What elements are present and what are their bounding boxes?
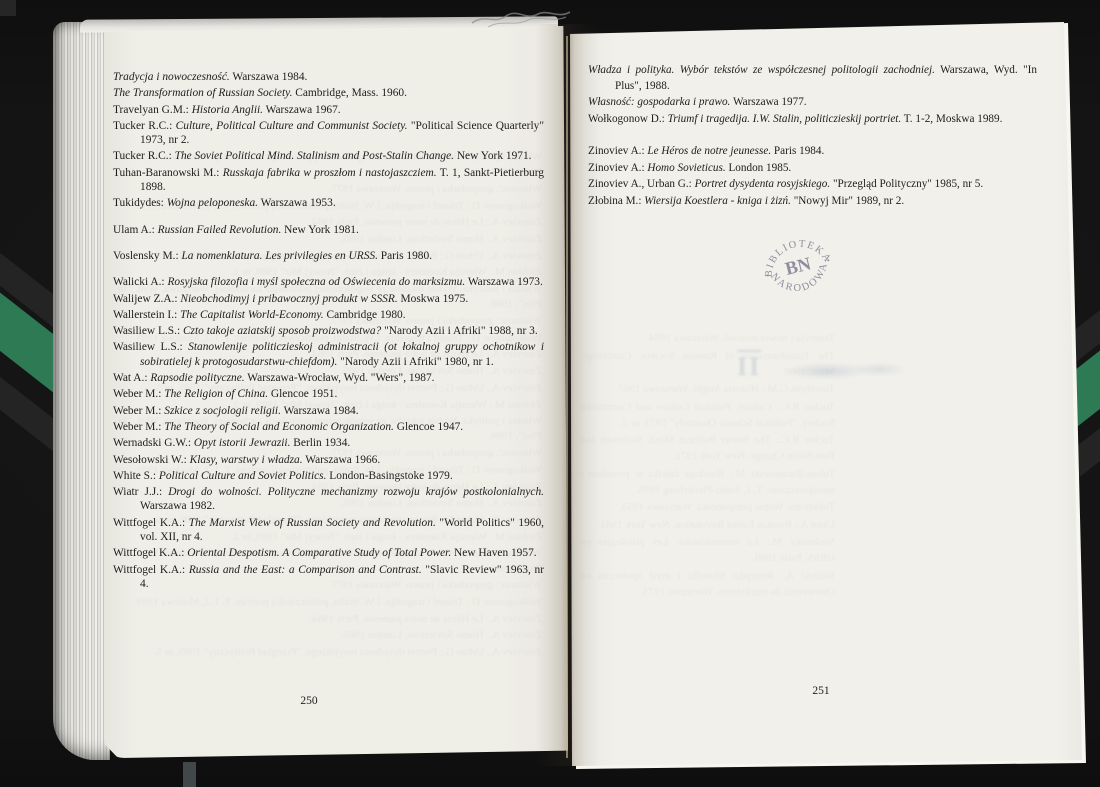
- entry-title: Russia and the East: a Comparison and Co…: [189, 564, 422, 576]
- scanner-tab: [183, 762, 196, 787]
- bibliography-right-column: Władza i polityka. Wybór tekstów ze wspó…: [588, 63, 1037, 210]
- bibliography-entry: Tradycja i nowoczesność. Warszawa 1984.: [113, 70, 544, 84]
- bibliography-entry: Walijew Z.A.: Nieobchodimyj i pribawoczn…: [113, 292, 544, 306]
- entry-text: Voslensky M.:: [113, 250, 181, 262]
- page-number-right: 251: [801, 685, 841, 697]
- entry-title: Klasy, warstwy i władza.: [190, 454, 303, 466]
- entry-text: "Narody Azii i Afriki" 1988, nr 3.: [381, 325, 537, 337]
- bibliography-entry: Tukidydes: Wojna peloponeska. Warszawa 1…: [113, 196, 544, 210]
- entry-title: Szkice z socjologii religii.: [164, 405, 281, 417]
- entry-title: Czto takoje aziatskij sposob proizwodstw…: [183, 325, 381, 337]
- bibliography-entry: Wołkogonow D.: Triumf i tragedija. I.W. …: [588, 112, 1037, 128]
- entry-text: Walijew Z.A.:: [113, 293, 180, 305]
- bibliography-entry: Zinoviev A.: Le Héros de notre jeunesse.…: [588, 144, 1037, 160]
- bibliography-entry: Zinoviev A.: Homo Sovieticus. London 198…: [588, 161, 1037, 177]
- entry-text: "Nowyj Mir" 1989, nr 2.: [791, 195, 904, 207]
- bibliography-entry: Wittfogel K.A.: The Marxist View of Russ…: [113, 516, 544, 545]
- bibliography-entry: Wallerstein I.: The Capitalist World-Eco…: [113, 308, 544, 322]
- entry-text: White S.:: [113, 470, 159, 482]
- bibliography-entry: Złobina M.: Wiersija Koestlera - kniga i…: [588, 194, 1037, 210]
- entry-title: Rosyjska filozofia i myśl społeczna od O…: [167, 276, 465, 288]
- entry-text: Cambridge 1980.: [324, 309, 406, 321]
- entry-text: Berlin 1934.: [290, 437, 350, 449]
- entry-text: Wittfogel K.A.:: [113, 547, 187, 559]
- page-stack-fore-edge: [53, 22, 110, 760]
- entry-text: Tuhan-Baranowski M.:: [113, 167, 223, 179]
- entry-text: Tukidydes:: [113, 197, 167, 209]
- entry-text: Moskwa 1975.: [398, 293, 469, 305]
- entry-title: Opyt istorii Jewrazii.: [194, 437, 291, 449]
- entry-text: Warszawa 1953.: [258, 197, 336, 209]
- entry-title: The Marxist View of Russian Society and …: [189, 517, 436, 529]
- entry-text: Warszawa 1973.: [465, 276, 543, 288]
- bibliography-entry: The Transformation of Russian Society. C…: [113, 86, 544, 100]
- entry-text: Wittfogel K.A.:: [113, 517, 189, 529]
- bibliography-entry: Walicki A.: Rosyjska filozofia i myśl sp…: [113, 275, 544, 289]
- entry-text: London-Basingstoke 1979.: [326, 470, 452, 482]
- entry-title: The Capitalist World-Economy.: [180, 309, 324, 321]
- entry-text: T. 1-2, Moskwa 1989.: [901, 113, 1002, 125]
- bibliography-entry: Tucker R.C.: The Soviet Political Mind. …: [113, 149, 544, 163]
- gutter-page-edge: [566, 36, 568, 758]
- entry-title: Nieobchodimyj i pribawocznyj produkt w S…: [180, 293, 397, 305]
- entry-title: Drogi do wolności. Polityczne mechanizmy…: [168, 486, 544, 498]
- entry-text: Wittfogel K.A.:: [113, 564, 189, 576]
- bibliography-entry: Własność: gospodarka i prawo. Warszawa 1…: [588, 95, 1037, 111]
- bibliography-entry: Weber M.: Szkice z socjologii religii. W…: [113, 404, 544, 418]
- entry-title: Wiersija Koestlera - kniga i żizń.: [644, 195, 791, 207]
- bibliography-entry: Wasiliew L.S.: Czto takoje aziatskij spo…: [113, 324, 544, 338]
- entry-text: New York 1981.: [281, 224, 359, 236]
- entry-title: La nomenklatura. Les privilegies en URSS…: [181, 250, 377, 262]
- entry-text: Wallerstein I.:: [113, 309, 180, 321]
- entry-text: Warszawa 1966.: [303, 454, 381, 466]
- entry-text: Ulam A.:: [113, 224, 158, 236]
- entry-text: London 1985.: [726, 162, 792, 174]
- scanned-book-photo: { "photo": { "background_color": "#14141…: [0, 0, 1100, 787]
- pencil-scribble: [468, 5, 574, 31]
- entry-title: Portret dysydenta rosyjskiego.: [695, 178, 831, 190]
- entry-text: "Przegląd Polityczny" 1985, nr 5.: [830, 178, 983, 190]
- page-number-left: 250: [289, 695, 329, 707]
- bibliography-entry: Wiatr J.J.: Drogi do wolności. Polityczn…: [113, 485, 544, 514]
- entry-title: Władza i polityka. Wybór tekstów ze wspó…: [588, 64, 935, 76]
- entry-title: Political Culture and Soviet Politics.: [159, 470, 327, 482]
- entry-title: Le Héros de notre jeunesse.: [647, 145, 771, 157]
- entry-text: Walicki A.:: [113, 276, 167, 288]
- entry-text: Warszawa 1984.: [230, 71, 308, 83]
- entry-text: Warszawa 1967.: [263, 104, 341, 116]
- bibliography-entry: Wittfogel K.A.: Oriental Despotism. A Co…: [113, 546, 544, 560]
- bibliography-entry: Tucker R.C.: Culture, Political Culture …: [113, 119, 544, 148]
- background-corner-highlight: [0, 0, 16, 16]
- bibliography-entry: Wesołowski W.: Klasy, warstwy i władza. …: [113, 453, 544, 467]
- entry-title: The Religion of China.: [164, 388, 268, 400]
- entry-text: Weber M.:: [113, 421, 164, 433]
- entry-title: Historia Anglii.: [192, 104, 263, 116]
- entry-title: Wojna peloponeska.: [167, 197, 258, 209]
- entry-text: "Narody Azii i Afriki" 1980, nr 1.: [337, 356, 493, 368]
- entry-title: Rapsodie polityczne.: [150, 372, 244, 384]
- bibliography-entry: Tuhan-Baranowski M.: Russkaja fabrika w …: [113, 166, 544, 195]
- bibliography-entry: Wernadski G.W.: Opyt istorii Jewrazii. B…: [113, 436, 544, 450]
- entry-text: Weber M.:: [113, 388, 164, 400]
- entry-text: Wiatr J.J.:: [113, 486, 168, 498]
- entry-text: New Haven 1957.: [451, 547, 536, 559]
- entry-text: Złobina M.:: [588, 195, 644, 207]
- bibliography-left-column: Tradycja i nowoczesność. Warszawa 1984.T…: [113, 70, 544, 593]
- entry-text: Weber M.:: [113, 405, 164, 417]
- entry-text: Glencoe 1947.: [394, 421, 463, 433]
- entry-title: Homo Sovieticus.: [647, 162, 725, 174]
- bibliography-entry: Wittfogel K.A.: Russia and the East: a C…: [113, 563, 544, 592]
- entry-text: Warszawa 1977.: [730, 96, 806, 108]
- entry-text: New York 1971.: [454, 150, 532, 162]
- bibliography-entry: White S.: Political Culture and Soviet P…: [113, 469, 544, 483]
- entry-text: Cambridge, Mass. 1960.: [292, 87, 407, 99]
- entry-text: Paris 1984.: [771, 145, 824, 157]
- entry-text: Travelyan G.M.:: [113, 104, 192, 116]
- entry-text: Warszawa 1982.: [140, 500, 215, 512]
- entry-title: Własność: gospodarka i prawo.: [588, 96, 730, 108]
- bibliography-entry: Zinoviev A., Urban G.: Portret dysydenta…: [588, 177, 1037, 193]
- entry-text: Wasiliew L.S.:: [113, 325, 183, 337]
- entry-text: Wesołowski W.:: [113, 454, 190, 466]
- entry-text: Zinoviev A.:: [588, 162, 647, 174]
- faint-stamp-smudge: [775, 356, 905, 386]
- entry-text: Tucker R.C.:: [113, 150, 175, 162]
- entry-title: Russian Failed Revolution.: [158, 224, 282, 236]
- entry-text: Glencoe 1951.: [268, 388, 337, 400]
- entry-title: The Theory of Social and Economic Organi…: [164, 421, 394, 433]
- entry-title: Russkaja fabrika w proszłom i nastojaszc…: [223, 167, 437, 179]
- entry-text: Wat A.:: [113, 372, 150, 384]
- entry-text: Warszawa-Wrocław, Wyd. "Wers", 1987.: [245, 372, 435, 384]
- bibliography-entry: Ulam A.: Russian Failed Revolution. New …: [113, 223, 544, 237]
- entry-text: Wołkogonow D.:: [588, 113, 668, 125]
- entry-title: Culture, Political Culture and Communist…: [176, 120, 408, 132]
- entry-title: The Soviet Political Mind. Stalinism and…: [175, 150, 454, 162]
- entry-title: Triumf i tragedija. I.W. Stalin, politic…: [668, 113, 902, 125]
- entry-text: Warszawa 1984.: [281, 405, 359, 417]
- entry-text: Wernadski G.W.:: [113, 437, 194, 449]
- bibliography-entry: Wat A.: Rapsodie polityczne. Warszawa-Wr…: [113, 371, 544, 385]
- entry-title: The Transformation of Russian Society.: [113, 87, 292, 99]
- entry-text: Tucker R.C.:: [113, 120, 176, 132]
- entry-title: Oriental Despotism. A Comparative Study …: [187, 547, 451, 559]
- bibliography-entry: Travelyan G.M.: Historia Anglii. Warszaw…: [113, 103, 544, 117]
- bibliography-entry: Weber M.: The Religion of China. Glencoe…: [113, 387, 544, 401]
- entry-text: Paris 1980.: [378, 250, 432, 262]
- bibliography-entry: Weber M.: The Theory of Social and Econo…: [113, 420, 544, 434]
- entry-text: Zinoviev A., Urban G.:: [588, 178, 695, 190]
- bibliography-entry: Voslensky M.: La nomenklatura. Les privi…: [113, 249, 544, 263]
- bibliography-entry: Władza i polityka. Wybór tekstów ze wspó…: [588, 63, 1037, 94]
- bibliography-entry: Wasiliew L.S.: Stanowlenije politicziesk…: [113, 340, 544, 369]
- entry-text: Wasiliew L.S.:: [113, 341, 188, 353]
- entry-text: Zinoviev A.:: [588, 145, 647, 157]
- entry-title: Tradycja i nowoczesność.: [113, 71, 230, 83]
- stamp-monogram: BN: [783, 253, 813, 279]
